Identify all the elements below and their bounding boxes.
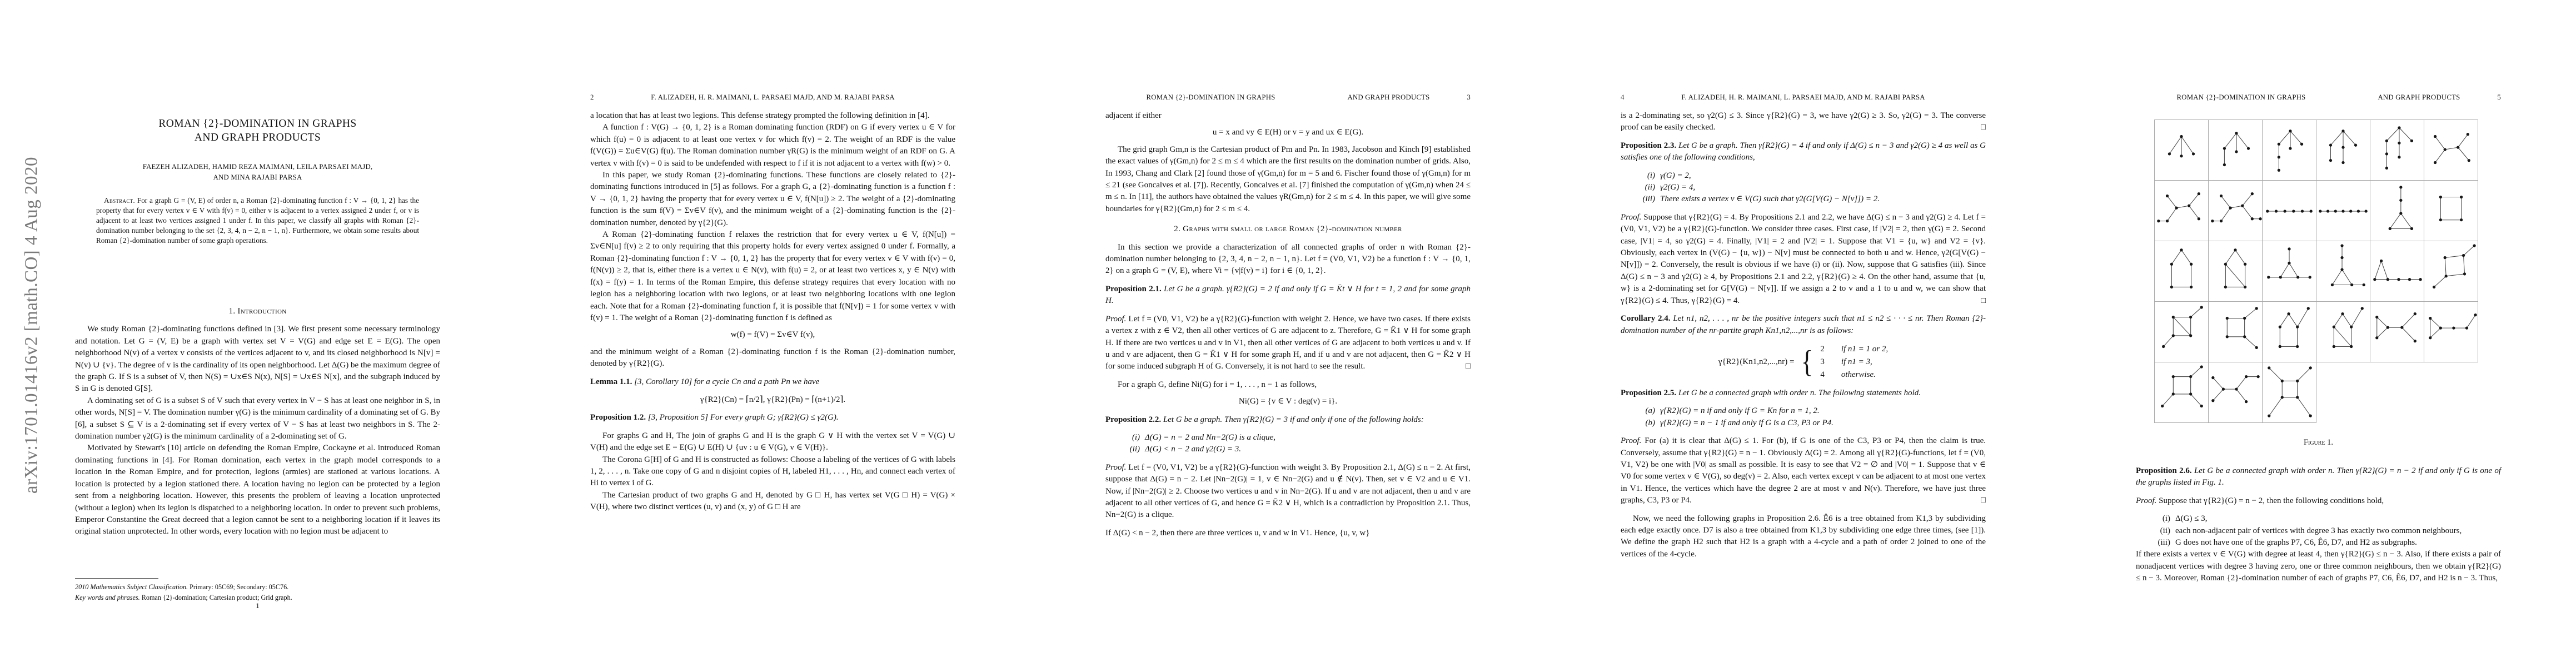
abstract: Abstract. For a graph G = (V, E) of orde… [96,196,419,246]
proof-paragraph: Proof. Let f = (V0, V1, V2) be a γ{R2}(G… [1105,313,1471,373]
paragraph: The Cartesian product of two graphs G an… [590,490,955,514]
graph-drawing [2209,181,2262,241]
case-value: 4 [1820,369,1825,381]
authors-line-1: FAEZEH ALIZADEH, HAMID REZA MAIMANI, LEI… [75,162,440,172]
theorem-body: Let G be a graph. Then γ{R2}(G) = 3 if a… [1163,415,1424,424]
graph-drawing [2209,362,2262,422]
case-condition: if n1 = 3, [1841,356,1888,369]
list-item: (b)γ{R2}(G) = n − 1 if and only if G is … [1621,417,1986,429]
graph-drawing [2155,241,2208,301]
list-item: (i)γ(G) = 2, [1621,170,1986,182]
list-item: (iii)There exists a vertex v ∈ V(G) such… [1621,193,1986,205]
graph-drawing [2370,120,2424,180]
figure-graph-cell [2370,120,2424,181]
qed-box: □ [1981,122,1986,133]
figure-graph-cell [2424,301,2478,362]
graph-drawing [2263,181,2316,241]
graph-drawing [2155,302,2208,362]
theorem: Proposition 2.2. Let G be a graph. Then … [1105,414,1471,426]
figure-graph-cell [2208,241,2263,302]
theorem-label: Proposition 2.2. [1105,415,1163,424]
figure-graph-cell [2208,120,2263,181]
page-4-body: is a 2-dominating set, so γ2(G) ≤ 3. Sin… [1621,110,1986,560]
cases-equation: γ{R2}(Kn1,n2,...,nr) ={2if n1 = 1 or 2,3… [1621,343,1986,381]
qed-box: □ [1981,495,1986,506]
figure-graph-cell [2424,241,2478,302]
list-item: (i)Δ(G) = n − 2 and Nn−2(G) is a clique, [1105,432,1471,444]
list-marker: (ii) [1621,182,1660,193]
footnote-block: 2010 Mathematics Subject Classification.… [75,578,440,603]
theorem-body: Let n1, n2, . . . , nr be the positive i… [1621,314,1986,335]
paragraph: A dominating set of G is a subset S of V… [75,395,440,443]
proof-label: Proof. [1105,315,1128,323]
msc-text: Primary: 05C69; Secondary: 05C76. [188,583,288,591]
qed-box: □ [1466,361,1471,372]
theorem-body: [3, Corollary 10] for a cycle Cn and a p… [634,377,819,386]
authors-line-2: AND MINA RAJABI PARSA [75,172,440,183]
page-5: ROMAN {2}-DOMINATION IN GRAPHS AND GRAPH… [2061,0,2576,667]
paragraph: If Δ(G) < n − 2, then there are three ve… [1105,527,1471,539]
figure-graph-cell [2262,362,2316,423]
list-item-text: G does not have one of the graphs P7, C6… [2175,537,2501,549]
abstract-text: For a graph G = (V, E) of order n, a Rom… [96,196,419,245]
proof-paragraph: Proof. Suppose that γ{R2}(G) = 4. By Pro… [1621,212,1986,307]
list-marker: (iii) [2136,537,2175,549]
proof-label: Proof. [1621,213,1643,222]
graph-drawing [2209,302,2262,362]
section-heading: 2. Graphs with small or large Roman {2}-… [1105,223,1471,235]
theorem-label: Proposition 1.2. [590,413,648,422]
running-head-page-3: ROMAN {2}-DOMINATION IN GRAPHS AND GRAPH… [1105,93,1471,102]
list-item-text: γ{R2}(G) = n if and only if G = Kn for n… [1660,405,1986,417]
proof-label: Proof. [1105,463,1128,472]
graph-drawing [2316,120,2370,180]
running-head-page-2: 2 F. ALIZADEH, H. R. MAIMANI, L. PARSAEI… [590,93,955,102]
paragraph: For a graph G, define Ni(G) for i = 1, .… [1105,379,1471,391]
graph-drawing [2263,362,2316,422]
list-marker: (b) [1621,417,1660,429]
theorem-label: Proposition 2.3. [1621,141,1678,150]
graph-drawing [2316,241,2370,301]
figure-graph-cell [2316,180,2370,241]
abstract-label: Abstract. [104,196,135,205]
graph-drawing [2155,362,2208,422]
graph-drawing [2155,181,2208,241]
footnote-msc: 2010 Mathematics Subject Classification.… [75,582,440,593]
figure-graph-cell [2316,301,2370,362]
graph-drawing [2263,241,2316,301]
figure-graph-cell [2154,301,2209,362]
graph-drawing [2370,181,2424,241]
list-marker: (a) [1621,405,1660,417]
figure-1-grid [2154,120,2478,423]
paragraph: A Roman {2}-dominating function f relaxe… [590,229,955,324]
running-head-page-4: 4 F. ALIZADEH, H. R. MAIMANI, L. PARSAEI… [1621,93,1986,102]
paragraph: In this paper, we study Roman {2}-domina… [590,170,955,229]
figure-graph-cell [2154,120,2209,181]
figure-graph-cell [2424,180,2478,241]
list-marker: (ii) [2136,525,2175,537]
list-marker: (i) [1105,432,1145,444]
list-item-text: There exists a vertex v ∈ V(G) such that… [1660,193,1986,205]
list-item: (a)γ{R2}(G) = n if and only if G = Kn fo… [1621,405,1986,417]
paper-title-line-2: AND GRAPH PRODUCTS [75,131,440,145]
figure-graph-cell [2370,241,2424,302]
page-number-1: 1 [75,601,440,610]
paragraph: a location that has at least two legions… [590,110,955,122]
figure-graph-cell [2316,120,2370,181]
graph-drawing [2316,181,2370,241]
page-1: arXiv:1701.01416v2 [math.CO] 4 Aug 2020 … [0,0,516,667]
display-equation: γ{R2}(Cn) = ⌈n/2⌉, γ{R2}(Pn) = ⌈(n+1)/2⌉… [590,394,955,406]
keywords-label: Key words and phrases. [75,594,140,601]
figure-graph-cell [2154,180,2209,241]
list-marker: (i) [2136,513,2175,525]
list-item: (ii)each non-adjacent pair of vertices w… [2136,525,2501,537]
case-value: 2 [1820,343,1825,356]
graph-drawing [2209,241,2262,301]
theorem-body: Let G be a connected graph with order n.… [1678,389,1921,397]
display-equation: u = x and vy ∈ E(H) or v = y and ux ∈ E(… [1105,127,1471,138]
list-item-text: γ{R2}(G) = n − 1 if and only if G is a C… [1660,417,1986,429]
proof-paragraph: Proof. Suppose that γ{R2}(G) = n − 2, th… [2136,495,2501,507]
theorem: Proposition 1.2. [3, Proposition 5] For … [590,412,955,424]
theorem: Proposition 2.3. Let G be a graph. Then … [1621,140,1986,164]
theorem-label: Corollary 2.4. [1621,314,1673,323]
figure-graph-cell [2208,180,2263,241]
paragraph: We study Roman {2}-dominating functions … [75,323,440,395]
figure-graph-cell [2370,301,2424,362]
proof-label: Proof. [2136,496,2159,505]
running-head-title-a: ROMAN {2}-DOMINATION IN GRAPHS [1147,93,1275,102]
paragraph: is a 2-dominating set, so γ2(G) ≤ 3. Sin… [1621,110,1986,134]
case-condition: if n1 = 1 or 2, [1841,343,1888,356]
graph-drawing [2424,302,2478,362]
cases-rows: 2if n1 = 1 or 2,3if n1 = 3,4otherwise. [1820,343,1888,381]
paragraph: A function f : V(G) → {0, 1, 2} is a Rom… [590,122,955,170]
running-head-page-5: ROMAN {2}-DOMINATION IN GRAPHS AND GRAPH… [2136,93,2501,102]
paragraph: Now, we need the following graphs in Pro… [1621,513,1986,561]
page-3-body: adjacent if eitheru = x and vy ∈ E(H) or… [1105,110,1471,539]
proof-paragraph: Proof. Let f = (V0, V1, V2) be a γ{R2}(G… [1105,462,1471,521]
figure-graph-cell [2208,301,2263,362]
running-head-authors: F. ALIZADEH, H. R. MAIMANI, L. PARSAEI M… [651,93,895,102]
paragraph: Motivated by Stewart's [10] article on d… [75,442,440,537]
page-number-3: 3 [1467,93,1471,102]
paragraph: The grid graph Gm,n is the Cartesian pro… [1105,144,1471,215]
theorem-label: Proposition 2.1. [1105,285,1164,293]
figure-1-caption: Figure 1. [2136,438,2501,447]
running-head-title-a: ROMAN {2}-DOMINATION IN GRAPHS [2177,93,2306,102]
list-item: (ii)Δ(G) < n − 2 and γ2(G) = 3. [1105,444,1471,455]
list-marker: (iii) [1621,193,1660,205]
case-condition: otherwise. [1841,369,1888,381]
paragraph: The Corona G[H] of G and H is constructe… [590,454,955,490]
figure-graph-cell [2262,120,2316,181]
arxiv-watermark: arXiv:1701.01416v2 [math.CO] 4 Aug 2020 [22,157,42,494]
list-item-text: each non-adjacent pair of vertices with … [2175,525,2501,537]
graph-drawing [2370,241,2424,301]
theorem: Lemma 1.1. [3, Corollary 10] for a cycle… [590,376,955,388]
arxiv-paper-scan: { "watermark": "arXiv:1701.01416v2 [math… [0,0,2576,667]
theorem: Proposition 2.5. Let G be a connected gr… [1621,387,1986,399]
page-3: ROMAN {2}-DOMINATION IN GRAPHS AND GRAPH… [1030,0,1546,667]
paragraph: In this section we provide a characteriz… [1105,242,1471,277]
theorem: Proposition 2.1. Let G be a graph. γ{R2}… [1105,283,1471,307]
theorem-label: Lemma 1.1. [590,377,634,386]
theorem-label: Proposition 2.6. [2136,466,2194,475]
paragraph: For graphs G and H, The join of graphs G… [590,430,955,454]
running-head-authors: F. ALIZADEH, H. R. MAIMANI, L. PARSAEI M… [1681,93,1925,102]
qed-box: □ [1981,295,1986,307]
figure-graph-cell [2262,301,2316,362]
list-item: (iii)G does not have one of the graphs P… [2136,537,2501,549]
paragraph: If there exists a vertex v ∈ V(G) with d… [2136,549,2501,584]
graph-drawing [2424,181,2478,241]
display-equation: Ni(G) = {v ∈ V : deg(v) = i}. [1105,396,1471,407]
page-1-body: 1. IntroductionWe study Roman {2}-domina… [75,297,440,538]
msc-label: 2010 Mathematics Subject Classification. [75,583,188,591]
graph-drawing [2424,241,2478,301]
figure-graph-cell [2370,180,2424,241]
graph-drawing [2370,302,2424,362]
list-item: (ii)γ2(G) = 4, [1621,182,1986,193]
list-item: (i)Δ(G) ≤ 3, [2136,513,2501,525]
paper-title-line-1: ROMAN {2}-DOMINATION IN GRAPHS [75,117,440,131]
list-item-text: γ2(G) = 4, [1660,182,1986,193]
keywords-text: Roman {2}-domination; Cartesian product;… [140,594,292,601]
proof-label: Proof. [1621,436,1645,445]
figure-graph-cell [2208,362,2263,423]
page-2-body: a location that has at least two legions… [590,110,955,514]
display-equation: w(f) = f(V) = Σv∈V f(v), [590,329,955,341]
page-2: 2 F. ALIZADEH, H. R. MAIMANI, L. PARSAEI… [515,0,1031,667]
case-value: 3 [1820,356,1825,369]
graph-drawing [2316,302,2370,362]
page-number-4: 4 [1621,93,1625,102]
authors: FAEZEH ALIZADEH, HAMID REZA MAIMANI, LEI… [75,162,440,183]
figure-graph-cell [2154,362,2209,423]
figure-graph-cell [2424,120,2478,181]
paragraph: and the minimum weight of a Roman {2}-do… [590,346,955,370]
paper-title: ROMAN {2}-DOMINATION IN GRAPHS AND GRAPH… [75,117,440,145]
proof-paragraph: Proof. For (a) it is clear that Δ(G) ≤ 1… [1621,435,1986,506]
list-marker: (ii) [1105,444,1145,455]
theorem: Proposition 2.6. Let G be a connected gr… [2136,465,2501,489]
page-4: 4 F. ALIZADEH, H. R. MAIMANI, L. PARSAEI… [1546,0,2061,667]
paragraph: adjacent if either [1105,110,1471,122]
theorem-body: [3, Proposition 5] For every graph G; γ{… [648,413,839,422]
figure-graph-cell [2154,241,2209,302]
graph-drawing [2263,120,2316,180]
page-number-2: 2 [590,93,594,102]
running-head-title-b: AND GRAPH PRODUCTS [1347,93,1429,102]
list-marker: (i) [1621,170,1660,182]
list-item-text: Δ(G) < n − 2 and γ2(G) = 3. [1145,444,1471,455]
figure-graph-cell [2262,241,2316,302]
page-number-5: 5 [2497,93,2501,102]
theorem-label: Proposition 2.5. [1621,389,1678,397]
section-heading: 1. Introduction [75,306,440,317]
list-item-text: Δ(G) ≤ 3, [2175,513,2501,525]
cases-brace: { [1801,348,1813,376]
cases-lead: γ{R2}(Kn1,n2,...,nr) = [1718,356,1795,368]
list-item-text: γ(G) = 2, [1660,170,1986,182]
graph-drawing [2155,120,2208,180]
graph-drawing [2263,302,2316,362]
list-item-text: Δ(G) = n − 2 and Nn−2(G) is a clique, [1145,432,1471,444]
footnote-rule [75,578,158,579]
figure-graph-cell [2262,180,2316,241]
theorem: Corollary 2.4. Let n1, n2, . . . , nr be… [1621,313,1986,337]
graph-drawing [2209,120,2262,180]
graph-drawing [2424,120,2478,180]
page-5-body: Proposition 2.6. Let G be a connected gr… [2136,459,2501,585]
figure-graph-cell [2316,241,2370,302]
running-head-title-b: AND GRAPH PRODUCTS [2378,93,2460,102]
